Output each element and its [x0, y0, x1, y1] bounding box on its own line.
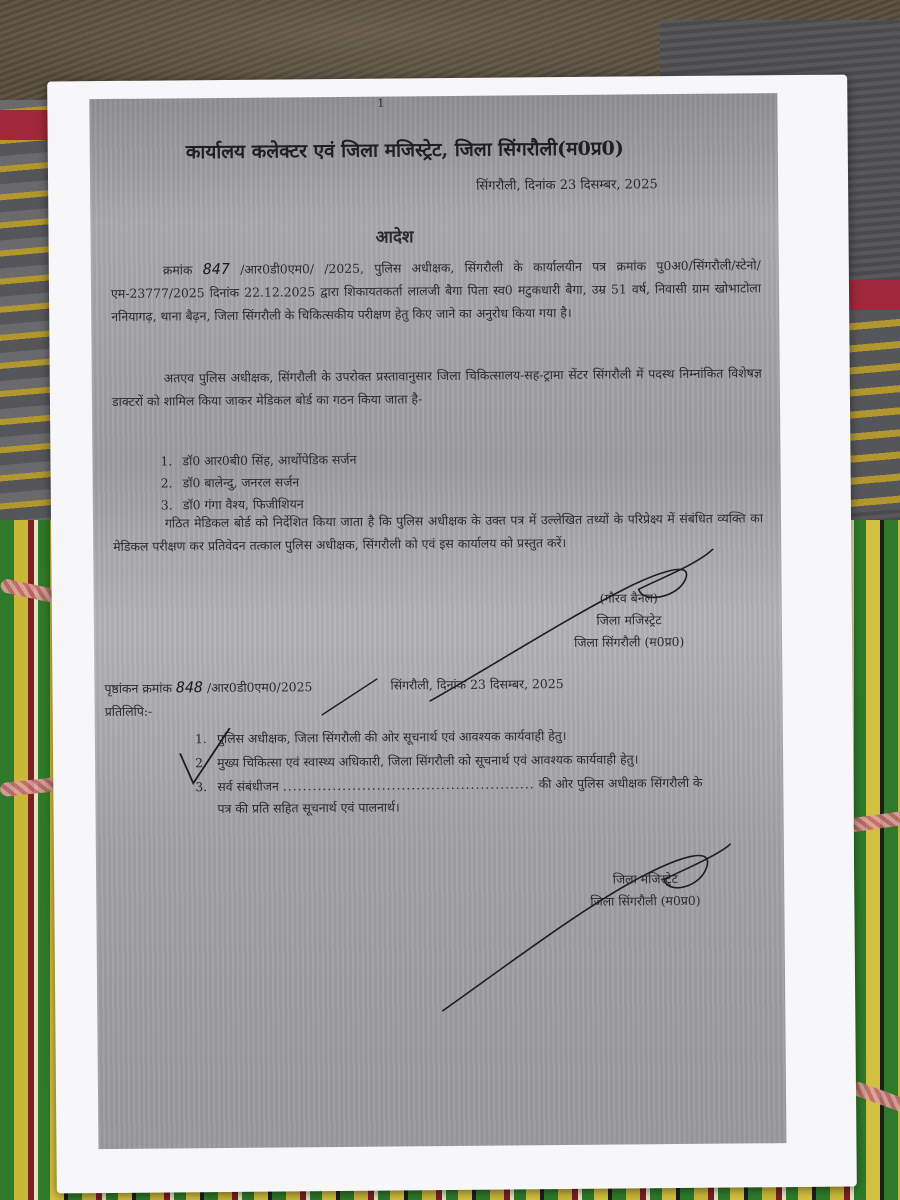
paragraph-directive-text: गठित मेडिकल बोर्ड को निर्देशित किया जाता…: [113, 510, 763, 554]
copy-label: प्रतिलिपि:-: [105, 703, 153, 720]
list-item: 2.डॉ0 बालेन्दु, जनरल सर्जन: [161, 471, 357, 495]
office-title: कार्यालय कलेक्टर एवं जिला मजिस्ट्रेट, जि…: [186, 134, 624, 164]
paper-sheet: 1 कार्यालय कलेक्टर एवं जिला मजिस्ट्रेट, …: [47, 75, 857, 1194]
list-item: 1.डॉ0 आर0बी0 सिंह, आर्थोपेडिक सर्जन: [160, 449, 356, 473]
signatory-designation: जिला मजिस्ट्रेट: [574, 609, 684, 632]
place-date: सिंगरौली, दिनांक 23 दिसम्बर, 2025: [476, 174, 658, 194]
endorsement-reference: पृष्ठांकन क्रमांक 848 /आर0डी0एम0/2025: [104, 677, 312, 697]
handwritten-order-number: 847: [203, 260, 230, 278]
copy-list: 1.पुलिस अधीक्षक, जिला सिंगरौली की ओर सूच…: [195, 724, 716, 823]
list-item: 2.मुख्य चिकित्सा एवं स्वास्थ्य अधिकारी, …: [195, 748, 715, 775]
doctor-list: 1.डॉ0 आर0बी0 सिंह, आर्थोपेडिक सर्जन 2.डॉ…: [160, 449, 357, 517]
printed-order: 1 कार्यालय कलेक्टर एवं जिला मजिस्ट्रेट, …: [89, 93, 786, 1149]
paragraph-board-formation-text: अतएव पुलिस अधीक्षक, सिंगरौली के उपरोक्त …: [112, 365, 762, 409]
paragraph-reference: क्रमांक 847 /आर0डी0एम0/ /2025, पुलिस अधी…: [111, 253, 762, 328]
signatory-district: जिला सिंगरौली (म0प्र0): [574, 631, 684, 654]
endorsement-strike-icon: [319, 677, 379, 718]
signatory-district: जिला सिंगरौली (म0प्र0): [590, 890, 700, 913]
endorsement-section: पृष्ठांकन क्रमांक 848 /आर0डी0एम0/2025 सि…: [104, 673, 764, 679]
page-marker: 1: [377, 97, 384, 110]
signature-block-1: (गौरव बैनल) जिला मजिस्ट्रेट जिला सिंगरौल…: [574, 587, 685, 654]
endorsement-date: सिंगरौली, दिनांक 23 दिसम्बर, 2025: [390, 675, 563, 694]
signatory-designation: जिला मजिस्ट्रेट: [590, 868, 700, 891]
list-item: 3.सर्व संबंधीजन ........................…: [195, 772, 715, 821]
order-number-prefix: क्रमांक: [163, 262, 193, 277]
paragraph-directive: गठित मेडिकल बोर्ड को निर्देशित किया जाता…: [113, 506, 763, 558]
paragraph-board-formation: अतएव पुलिस अधीक्षक, सिंगरौली के उपरोक्त …: [112, 361, 762, 413]
order-heading: आदेश: [375, 224, 413, 247]
signatory-name: (गौरव बैनल): [574, 587, 684, 610]
list-item: 1.पुलिस अधीक्षक, जिला सिंगरौली की ओर सूच…: [195, 724, 715, 751]
handwritten-endorsement-number: 848: [176, 678, 203, 696]
signature-block-2: जिला मजिस्ट्रेट जिला सिंगरौली (म0प्र0): [590, 868, 701, 913]
